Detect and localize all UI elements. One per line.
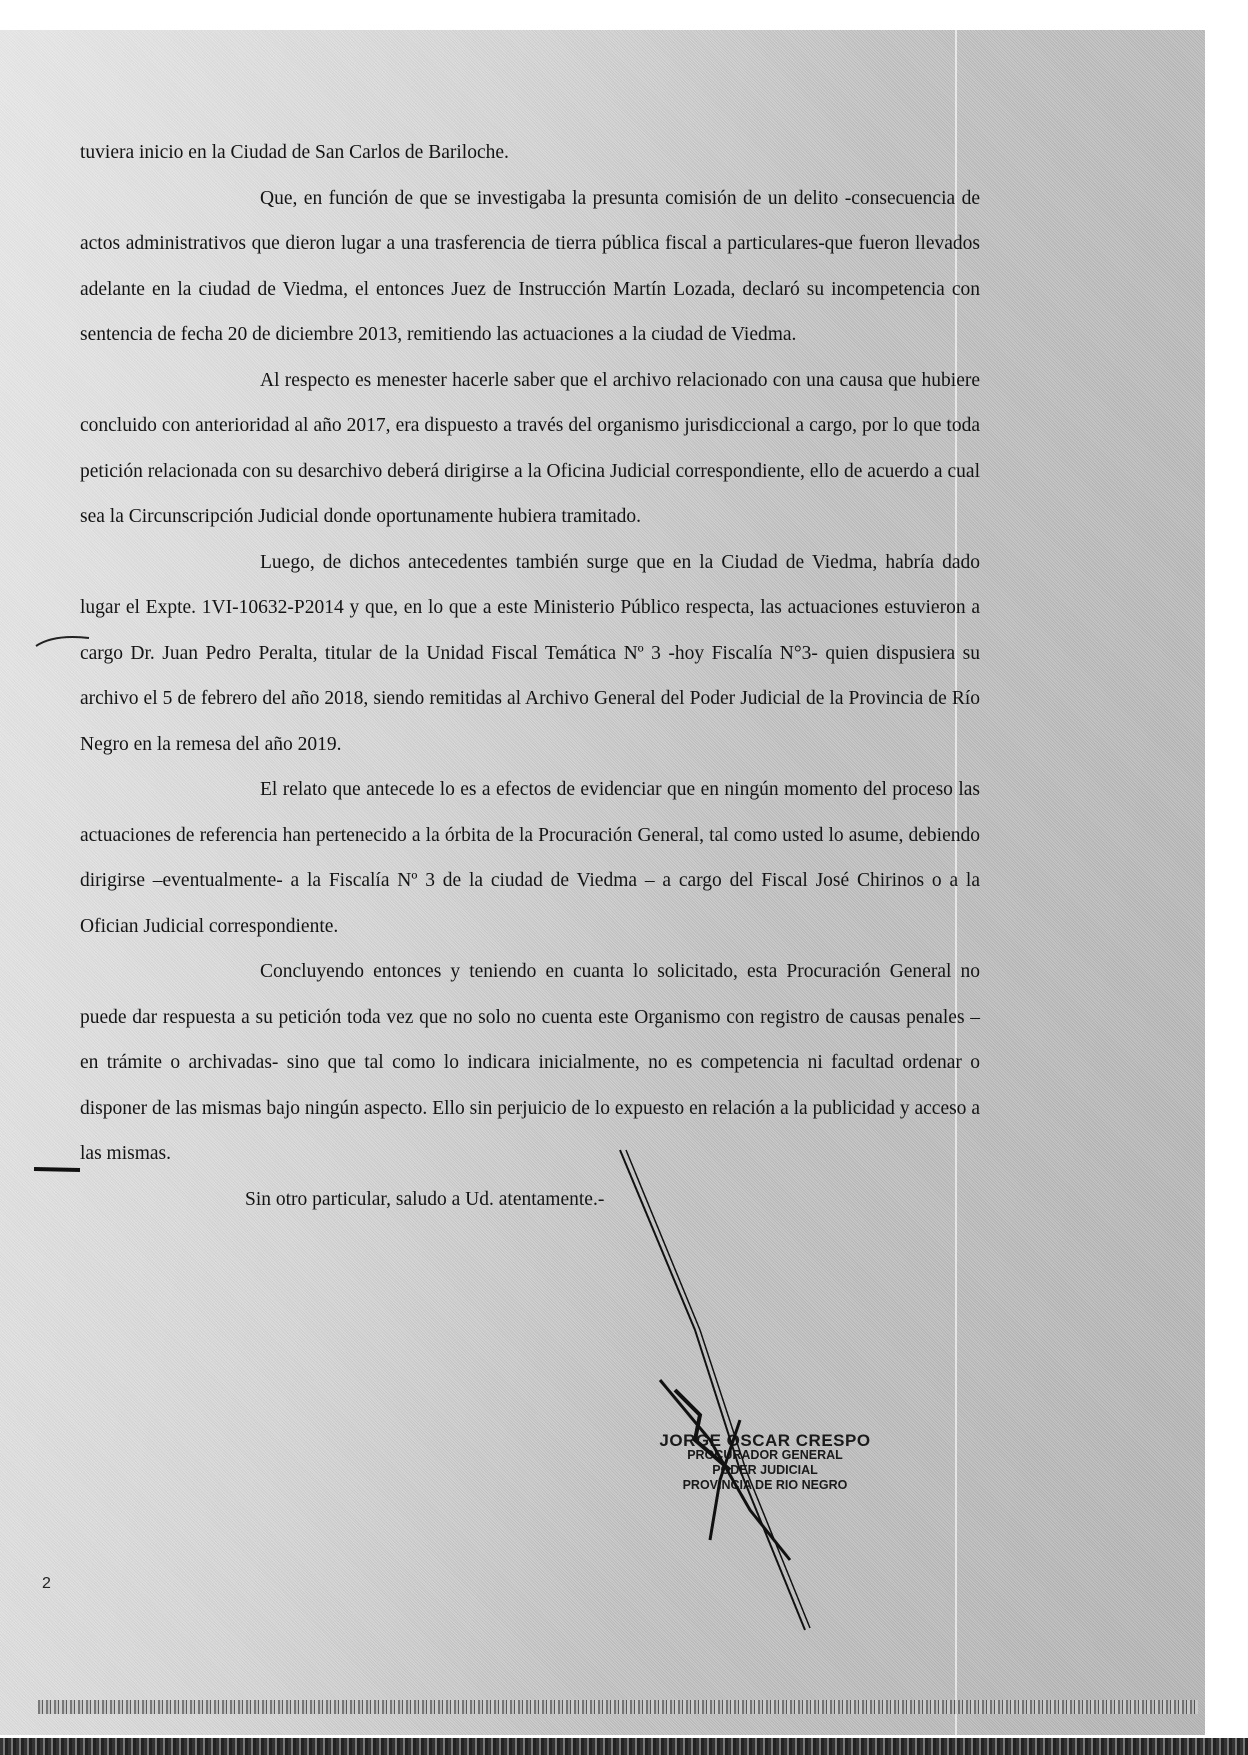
stamp-institution: PODER JUDICIAL <box>655 1463 875 1478</box>
paragraph-2: Que, en función de que se investigaba la… <box>80 176 980 358</box>
right-margin <box>1205 0 1248 1755</box>
stamp-province: PROVINCIA DE RIO NEGRO <box>655 1478 875 1493</box>
page-number: 2 <box>42 1575 51 1593</box>
paragraph-6: Concluyendo entonces y teniendo en cuant… <box>80 949 980 1177</box>
paragraph-4: Luego, de dichos antecedentes también su… <box>80 540 980 768</box>
scan-artifact-strip <box>38 1700 1198 1714</box>
paragraph-3: Al respecto es menester hacerle saber qu… <box>80 358 980 540</box>
stamp-name: JORGE OSCAR CRESPO <box>655 1433 875 1448</box>
top-margin <box>0 0 1248 30</box>
paragraph-5: El relato que antecede lo es a efectos d… <box>80 767 980 949</box>
stamp-title: PROCURADOR GENERAL <box>655 1448 875 1463</box>
signature-stamp: JORGE OSCAR CRESPO PROCURADOR GENERAL PO… <box>655 1433 875 1493</box>
closing-line: Sin otro particular, saludo a Ud. atenta… <box>80 1177 980 1223</box>
scan-edge <box>0 1738 1248 1755</box>
document-body: tuviera inicio en la Ciudad de San Carlo… <box>80 130 980 1222</box>
paragraph-1: tuviera inicio en la Ciudad de San Carlo… <box>80 130 980 176</box>
